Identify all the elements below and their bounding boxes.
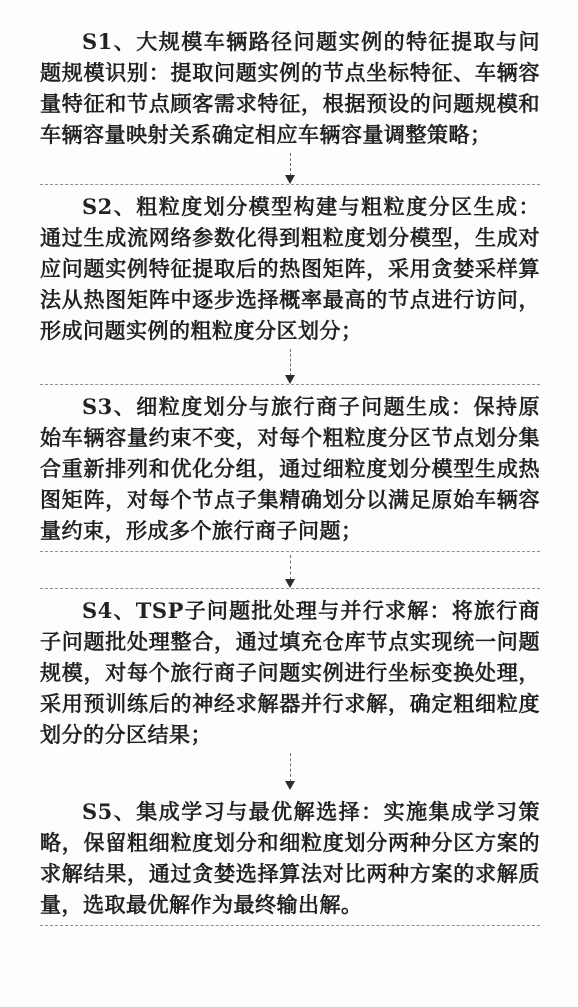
step-box-s5: S5、集成学习与最优解选择：实施集成学习策略，保留粗细粒度划分和细粒度划分两种分… [40, 790, 540, 926]
step-box-s4: S4、TSP子问题批处理与并行求解：将旅行商子问题批处理整合，通过填充仓库节点实… [40, 588, 540, 750]
step-box-s2: S2、粗粒度划分模型构建与粗粒度分区生成：通过生成流网络参数化得到粗粒度划分模型… [40, 184, 540, 346]
arrow-shaft [290, 753, 291, 782]
down-arrow-connector-1 [40, 150, 540, 184]
step-text-s3: S3、细粒度划分与旅行商子问题生成：保持原始车辆容量约束不变，对每个粗粒度分区节… [40, 391, 540, 546]
down-arrow-connector-3 [40, 552, 540, 588]
down-arrow-icon [285, 579, 295, 588]
step-text-s2: S2、粗粒度划分模型构建与粗粒度分区生成：通过生成流网络参数化得到粗粒度划分模型… [40, 191, 540, 346]
arrow-shaft [290, 555, 291, 580]
step-text-s4: S4、TSP子问题批处理与并行求解：将旅行商子问题批处理整合，通过填充仓库节点实… [40, 595, 540, 750]
step-text-s1: S1、大规模车辆路径问题实例的特征提取与问题规模识别：提取问题实例的节点坐标特征… [40, 26, 540, 150]
arrow-shaft [290, 153, 291, 176]
step-text-s5: S5、集成学习与最优解选择：实施集成学习策略，保留粗细粒度划分和细粒度划分两种分… [40, 796, 540, 920]
step-box-s1: S1、大规模车辆路径问题实例的特征提取与问题规模识别：提取问题实例的节点坐标特征… [40, 26, 540, 150]
down-arrow-icon [285, 375, 295, 384]
down-arrow-icon [285, 781, 295, 790]
flowchart-content: S1、大规模车辆路径问题实例的特征提取与问题规模识别：提取问题实例的节点坐标特征… [0, 0, 578, 926]
down-arrow-icon [285, 175, 295, 184]
arrow-shaft [290, 349, 291, 376]
down-arrow-connector-2 [40, 346, 540, 384]
down-arrow-connector-4 [40, 750, 540, 790]
patent-flowchart-figure: S1、大规模车辆路径问题实例的特征提取与问题规模识别：提取问题实例的节点坐标特征… [0, 0, 578, 1007]
step-box-s3: S3、细粒度划分与旅行商子问题生成：保持原始车辆容量约束不变，对每个粗粒度分区节… [40, 384, 540, 552]
